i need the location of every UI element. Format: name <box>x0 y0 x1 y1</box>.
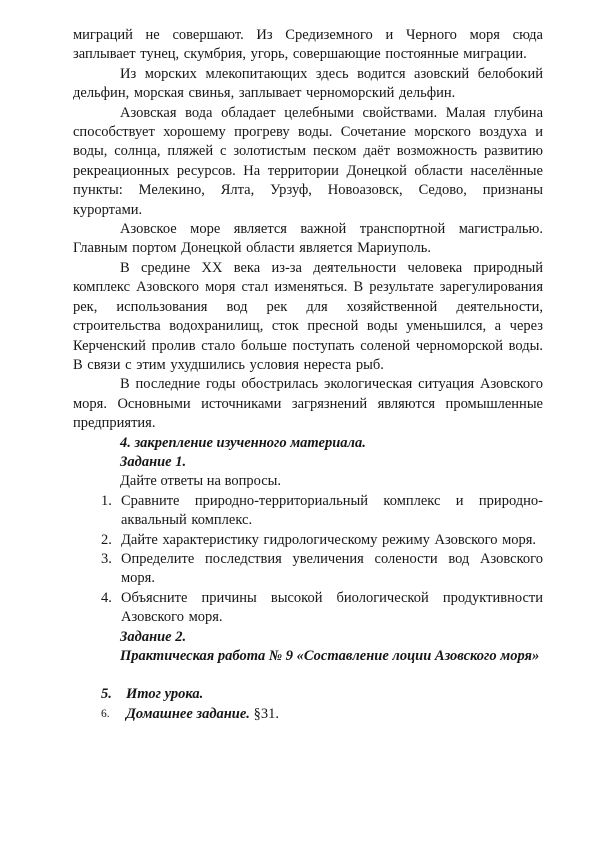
task1-heading: Задание 1. <box>120 453 543 472</box>
list-item-number: 3. <box>101 550 121 589</box>
blank-line <box>73 666 543 685</box>
body-paragraph: Из морских млекопитающих здесь водится а… <box>73 65 543 104</box>
section-heading-consolidation: 4. закрепление изученного материала. <box>120 434 543 453</box>
list-item-number: 2. <box>101 531 121 550</box>
list-item-text: Сравните природно-территориальный компле… <box>121 492 543 531</box>
list-item: 2. Дайте характеристику гидрологическому… <box>73 531 543 550</box>
list-item-text: Дайте характеристику гидрологическому ре… <box>121 531 543 550</box>
body-paragraph: В средине XX века из-за деятельности чел… <box>73 259 543 375</box>
list-item-text: Определите последствия увеличения солено… <box>121 550 543 589</box>
lesson-outline-list: 5. Итог урока. 6. Домашнее задание. §31. <box>73 685 543 724</box>
list-item: 3. Определите последствия увеличения сол… <box>73 550 543 589</box>
document-page: миграций не совершают. Из Средиземного и… <box>0 0 595 842</box>
outline-suffix: §31. <box>250 706 279 722</box>
list-item-number: 6. <box>101 705 126 724</box>
questions-list: 1. Сравните природно-территориальный ком… <box>73 492 543 628</box>
list-item: 1. Сравните природно-территориальный ком… <box>73 492 543 531</box>
list-item: 5. Итог урока. <box>73 685 543 704</box>
outline-label: Итог урока. <box>126 686 203 702</box>
body-paragraph: В последние годы обострилась экологическ… <box>73 375 543 433</box>
list-item-text: Объясните причины высокой биологической … <box>121 589 543 628</box>
task2-heading: Задание 2. <box>120 628 543 647</box>
list-item-text: Итог урока. <box>126 685 543 704</box>
body-paragraph: миграций не совершают. Из Средиземного и… <box>73 26 543 65</box>
list-item-text: Домашнее задание. §31. <box>126 705 543 724</box>
outline-label: Домашнее задание. <box>126 706 250 722</box>
list-item: 6. Домашнее задание. §31. <box>73 705 543 724</box>
body-paragraph: Азовское море является важной транспортн… <box>73 220 543 259</box>
list-item: 4. Объясните причины высокой биологическ… <box>73 589 543 628</box>
list-item-number: 5. <box>101 685 126 704</box>
body-paragraph: Азовская вода обладает целебными свойств… <box>73 104 543 220</box>
task2-practical-work: Практическая работа № 9 «Составление лоц… <box>120 647 543 666</box>
list-item-number: 1. <box>101 492 121 531</box>
list-item-number: 4. <box>101 589 121 628</box>
task1-intro: Дайте ответы на вопросы. <box>120 472 543 491</box>
